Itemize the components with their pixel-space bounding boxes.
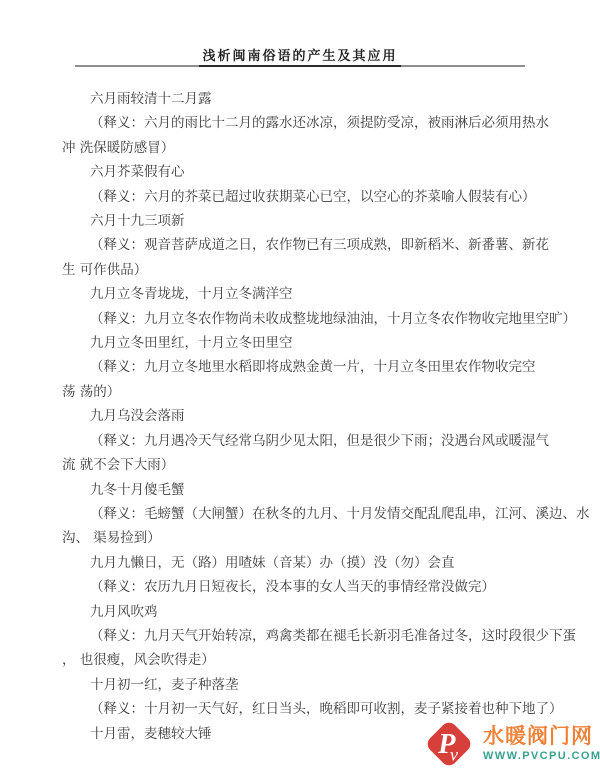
doc-line: 荡 荡的） — [62, 380, 600, 404]
doc-line: （释义：九月立冬地里水稻即将成熟金黄一片，十月立冬田里农作物收完空 — [62, 355, 600, 379]
doc-line: 六月芥菜假有心 — [62, 160, 600, 184]
doc-line: （释义：毛螃蟹（大闸蟹）在秋冬的九月、十月发情交配乱爬乱串，江河、溪边、水 — [62, 502, 600, 526]
page-header: 浅析闽南俗语的产生及其应用 — [75, 0, 525, 67]
doc-line: 九月乌没会落雨 — [62, 404, 600, 428]
doc-line: （释义：九月天气开始转凉，鸡禽类都在褪毛长新羽毛准备过冬，这时段很少下蛋 — [62, 624, 600, 648]
doc-line: 十月初一红，麦子种落垄 — [62, 673, 600, 697]
watermark-site-name: 水暖阀门网 — [483, 725, 600, 749]
document-page: 浅析闽南俗语的产生及其应用 六月雨较清十二月露 （释义：六月的雨比十二月的露水还… — [0, 0, 600, 771]
doc-line: （释义：观音菩萨成道之日，农作物已有三项成熟，即新稻米、新番薯、新花 — [62, 233, 600, 257]
doc-line: 六月雨较清十二月露 — [62, 87, 600, 111]
page-title: 浅析闽南俗语的产生及其应用 — [199, 45, 400, 67]
doc-line: 生 可作供品） — [62, 258, 600, 282]
doc-line: 九月九懒日，无（路）用喳妹（音某）办（摸）没（勿）会直 — [62, 551, 600, 575]
svg-text:v: v — [450, 745, 459, 765]
doc-line: （释义：十月初一天气好，红日当头，晚稻即可收割，麦子紧接着也种下地了） — [62, 697, 600, 721]
doc-line: （释义：九月遇冷天气经常乌阴少见太阳，但是很少下雨；没遇台风或暖湿气 — [62, 429, 600, 453]
doc-line: ， 也很瘦，风会吹得走） — [62, 648, 600, 672]
doc-line: （释义：农历九月日短夜长，没本事的女人当天的事情经常没做完） — [62, 575, 600, 599]
doc-line: 流 就不会下大雨） — [62, 453, 600, 477]
doc-line: 九月立冬青垅垅，十月立冬满洋空 — [62, 282, 600, 306]
doc-line: 冲 洗保暖防感冒） — [62, 136, 600, 160]
doc-line: 九冬十月傻毛蟹 — [62, 478, 600, 502]
pvcpu-watermark: P v 水暖阀门网 WWW.PVCPU.COM — [421, 719, 600, 769]
doc-line: 六月十九三项新 — [62, 209, 600, 233]
pv-shield-icon: P v — [421, 719, 477, 769]
doc-line: （释义：六月的芥菜已超过收获期菜心已空，以空心的芥菜喻人假装有心） — [62, 185, 600, 209]
watermark-site-url: WWW.PVCPU.COM — [483, 750, 600, 763]
watermark-text-block: 水暖阀门网 WWW.PVCPU.COM — [483, 725, 600, 763]
doc-line: （释义：六月的雨比十二月的露水还冰凉，须提防受凉，被雨淋后必须用热水 — [62, 111, 600, 135]
doc-line: 九月风吹鸡 — [62, 600, 600, 624]
doc-line: 九月立冬田里红，十月立冬田里空 — [62, 331, 600, 355]
document-body: 六月雨较清十二月露 （释义：六月的雨比十二月的露水还冰凉，须提防受凉，被雨淋后必… — [0, 67, 600, 746]
doc-line: （释义：九月立冬农作物尚未收成整垅地绿油油，十月立冬农作物收完地里空旷） — [62, 307, 600, 331]
doc-line: 沟、 渠易捡到） — [62, 526, 600, 550]
